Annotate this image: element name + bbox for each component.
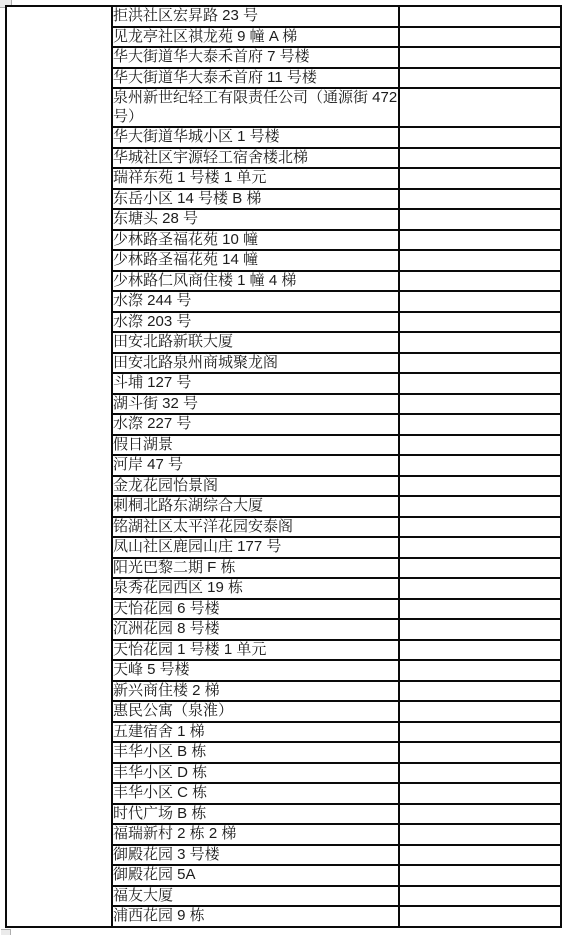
document-page: { "document": { "background": "#ffffff",… <box>0 0 565 935</box>
empty-right-cell[interactable] <box>399 414 561 435</box>
empty-right-cell[interactable] <box>399 394 561 415</box>
empty-right-cell[interactable] <box>399 47 561 68</box>
empty-right-cell[interactable] <box>399 517 561 538</box>
address-cell[interactable]: 丰华小区 D 栋 <box>112 763 399 784</box>
empty-right-cell[interactable] <box>399 27 561 48</box>
address-cell[interactable]: 东塘头 28 号 <box>112 209 399 230</box>
address-cell[interactable]: 天怡花园 6 号楼 <box>112 599 399 620</box>
address-cell[interactable]: 田安北路新联大厦 <box>112 332 399 353</box>
address-cell[interactable]: 东岳小区 14 号楼 B 梯 <box>112 189 399 210</box>
address-cell[interactable]: 刺桐北路东湖综合大厦 <box>112 496 399 517</box>
empty-left-cell[interactable] <box>6 6 112 927</box>
address-cell[interactable]: 凤山社区鹿园山庄 177 号 <box>112 537 399 558</box>
address-cell[interactable]: 拒洪社区宏昇路 23 号 <box>112 6 399 27</box>
empty-right-cell[interactable] <box>399 681 561 702</box>
empty-right-cell[interactable] <box>399 886 561 907</box>
address-cell[interactable]: 瑞祥东苑 1 号楼 1 单元 <box>112 168 399 189</box>
empty-right-cell[interactable] <box>399 865 561 886</box>
empty-right-cell[interactable] <box>399 127 561 148</box>
empty-right-cell[interactable] <box>399 824 561 845</box>
address-cell[interactable]: 少林路圣福花苑 10 幢 <box>112 230 399 251</box>
address-cell[interactable]: 少林路圣福花苑 14 幢 <box>112 250 399 271</box>
address-cell[interactable]: 天峰 5 号楼 <box>112 660 399 681</box>
empty-right-cell[interactable] <box>399 742 561 763</box>
address-cell[interactable]: 见龙亭社区祺龙苑 9 幢 A 梯 <box>112 27 399 48</box>
empty-right-cell[interactable] <box>399 537 561 558</box>
address-cell[interactable]: 阳光巴黎二期 F 栋 <box>112 558 399 579</box>
empty-right-cell[interactable] <box>399 332 561 353</box>
table-row: 拒洪社区宏昇路 23 号 <box>6 6 561 27</box>
address-cell[interactable]: 福友大厦 <box>112 886 399 907</box>
address-cell[interactable]: 泉州新世纪轻工有限责任公司（通源街 472 号） <box>112 88 399 127</box>
address-cell[interactable]: 御殿花园 3 号楼 <box>112 845 399 866</box>
empty-right-cell[interactable] <box>399 189 561 210</box>
empty-right-cell[interactable] <box>399 845 561 866</box>
address-cell[interactable]: 水漈 227 号 <box>112 414 399 435</box>
address-cell[interactable]: 假日湖景 <box>112 435 399 456</box>
empty-right-cell[interactable] <box>399 455 561 476</box>
address-cell[interactable]: 河岸 47 号 <box>112 455 399 476</box>
address-cell[interactable]: 少林路仁风商住楼 1 幢 4 梯 <box>112 271 399 292</box>
address-cell[interactable]: 华大街道华城小区 1 号楼 <box>112 127 399 148</box>
empty-right-cell[interactable] <box>399 353 561 374</box>
empty-right-cell[interactable] <box>399 763 561 784</box>
address-cell[interactable]: 金龙花园怡景阁 <box>112 476 399 497</box>
empty-right-cell[interactable] <box>399 640 561 661</box>
empty-right-cell[interactable] <box>399 558 561 579</box>
address-cell[interactable]: 斗埔 127 号 <box>112 373 399 394</box>
address-cell[interactable]: 铭湖社区太平洋花园安泰阁 <box>112 517 399 538</box>
address-cell[interactable]: 湖斗街 32 号 <box>112 394 399 415</box>
empty-right-cell[interactable] <box>399 660 561 681</box>
address-cell[interactable]: 水漈 203 号 <box>112 312 399 333</box>
empty-right-cell[interactable] <box>399 209 561 230</box>
address-cell[interactable]: 华大街道华大泰禾首府 11 号楼 <box>112 68 399 89</box>
address-cell[interactable]: 惠民公寓（泉淮） <box>112 701 399 722</box>
empty-right-cell[interactable] <box>399 578 561 599</box>
address-cell[interactable]: 天怡花园 1 号楼 1 单元 <box>112 640 399 661</box>
address-cell[interactable]: 水漈 244 号 <box>112 291 399 312</box>
empty-right-cell[interactable] <box>399 722 561 743</box>
address-cell[interactable]: 丰华小区 B 栋 <box>112 742 399 763</box>
empty-right-cell[interactable] <box>399 599 561 620</box>
empty-right-cell[interactable] <box>399 148 561 169</box>
empty-right-cell[interactable] <box>399 230 561 251</box>
empty-right-cell[interactable] <box>399 168 561 189</box>
address-cell[interactable]: 华城社区宇源轻工宿舍楼北梯 <box>112 148 399 169</box>
empty-right-cell[interactable] <box>399 701 561 722</box>
empty-right-cell[interactable] <box>399 88 561 127</box>
empty-right-cell[interactable] <box>399 435 561 456</box>
address-cell[interactable]: 泉秀花园西区 19 栋 <box>112 578 399 599</box>
address-table: 拒洪社区宏昇路 23 号见龙亭社区祺龙苑 9 幢 A 梯华大街道华大泰禾首府 7… <box>5 5 562 928</box>
empty-right-cell[interactable] <box>399 6 561 27</box>
address-cell[interactable]: 沉洲花园 8 号楼 <box>112 619 399 640</box>
empty-right-cell[interactable] <box>399 476 561 497</box>
empty-right-cell[interactable] <box>399 291 561 312</box>
address-cell[interactable]: 时代广场 B 栋 <box>112 804 399 825</box>
address-cell[interactable]: 华大街道华大泰禾首府 7 号楼 <box>112 47 399 68</box>
empty-right-cell[interactable] <box>399 804 561 825</box>
address-cell[interactable]: 福瑞新村 2 栋 2 梯 <box>112 824 399 845</box>
empty-right-cell[interactable] <box>399 906 561 927</box>
empty-right-cell[interactable] <box>399 250 561 271</box>
address-cell[interactable]: 丰华小区 C 栋 <box>112 783 399 804</box>
empty-right-cell[interactable] <box>399 271 561 292</box>
empty-right-cell[interactable] <box>399 68 561 89</box>
address-cell[interactable]: 浦西花园 9 栋 <box>112 906 399 927</box>
empty-right-cell[interactable] <box>399 312 561 333</box>
empty-right-cell[interactable] <box>399 373 561 394</box>
table-handle-artifact-bottom[interactable] <box>1 929 11 935</box>
address-cell[interactable]: 五建宿舍 1 梯 <box>112 722 399 743</box>
empty-right-cell[interactable] <box>399 496 561 517</box>
empty-right-cell[interactable] <box>399 619 561 640</box>
address-cell[interactable]: 御殿花园 5A <box>112 865 399 886</box>
address-cell[interactable]: 新兴商住楼 2 梯 <box>112 681 399 702</box>
address-cell[interactable]: 田安北路泉州商城聚龙阁 <box>112 353 399 374</box>
empty-right-cell[interactable] <box>399 783 561 804</box>
